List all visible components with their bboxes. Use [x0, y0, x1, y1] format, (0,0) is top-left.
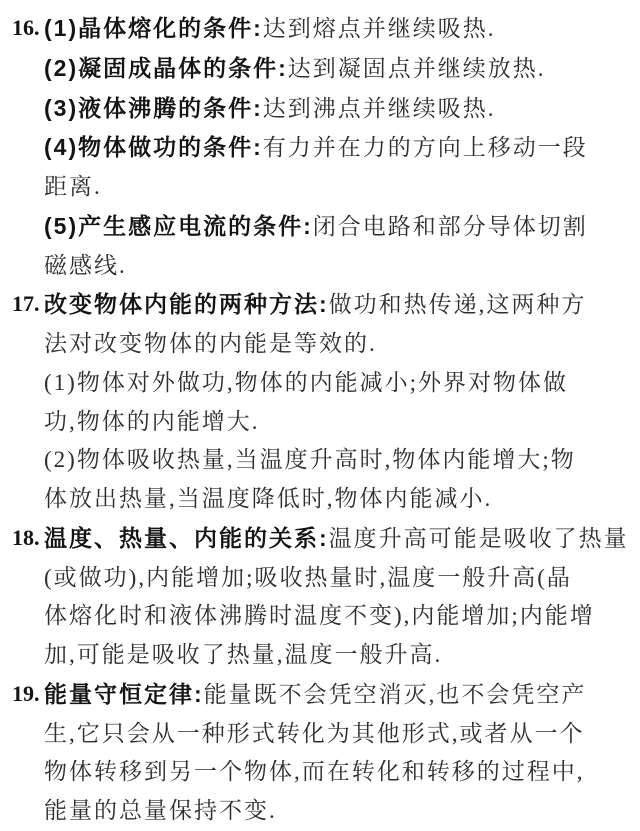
body-text: 能量的总量保持不变.	[44, 798, 277, 823]
body-text: 达到沸点并继续吸热.	[263, 96, 496, 121]
text-line: (1)晶体熔化的条件:达到熔点并继续吸热.	[44, 9, 628, 49]
item-number: 17.	[12, 285, 40, 324]
item-lines: 能量守恒定律:能量既不会凭空消灭,也不会凭空产生,它只会从一种形式转化为其他形式…	[44, 675, 628, 831]
item-lines: 温度、热量、内能的关系:温度升高可能是吸收了热量(或做功),内能增加;吸收热量时…	[44, 519, 628, 675]
text-line: (4)物体做功的条件:有力并在力的方向上移动一段	[44, 128, 628, 168]
body-text: 达到凝固点并继续放热.	[288, 56, 546, 81]
body-text: 功,物体的内能增大.	[44, 409, 260, 434]
bold-term: 温度、热量、内能的关系:	[44, 525, 329, 551]
text-line: (2)物体吸收热量,当温度升高时,物体内能增大;物	[44, 441, 628, 480]
body-text: (或做功),内能增加;吸收热量时,温度一般升高(晶	[44, 565, 572, 590]
text-line: (1)物体对外做功,物体的内能减小;外界对物体做	[44, 364, 628, 403]
item-number: 19.	[12, 675, 40, 714]
items-list: 16. (1)晶体熔化的条件:达到熔点并继续吸热.(2)凝固成晶体的条件:达到凝…	[8, 9, 628, 831]
body-text: 体放出热量,当温度降低时,物体内能减小.	[44, 486, 492, 511]
body-text: 做功和热传递,这两种方	[329, 292, 587, 317]
document-page: 16. (1)晶体熔化的条件:达到熔点并继续吸热.(2)凝固成晶体的条件:达到凝…	[0, 0, 640, 831]
bold-term: (1)晶体熔化的条件:	[44, 15, 263, 41]
bold-term: 能量守恒定律:	[44, 681, 204, 707]
bold-term: (3)液体沸腾的条件:	[44, 95, 263, 121]
body-text: 生,它只会从一种形式转化为其他形式,或者从一个	[44, 721, 585, 746]
numbered-item-18: 18. 温度、热量、内能的关系:温度升高可能是吸收了热量(或做功),内能增加;吸…	[8, 519, 628, 675]
item-number: 18.	[12, 519, 40, 558]
body-text: (2)物体吸收热量,当温度升高时,物体内能增大;物	[44, 447, 576, 472]
body-text: 达到熔点并继续吸热.	[263, 16, 496, 41]
text-line: 温度、热量、内能的关系:温度升高可能是吸收了热量	[44, 519, 628, 559]
text-line: 生,它只会从一种形式转化为其他形式,或者从一个	[44, 715, 628, 754]
text-line: 体熔化时和液体沸腾时温度不变),内能增加;内能增	[44, 597, 628, 636]
item-lines: 改变物体内能的两种方法:做功和热传递,这两种方法对改变物体的内能是等效的.(1)…	[44, 285, 628, 519]
text-line: (3)液体沸腾的条件:达到沸点并继续吸热.	[44, 89, 628, 129]
body-text: 有力并在力的方向上移动一段	[263, 135, 588, 160]
numbered-item-19: 19. 能量守恒定律:能量既不会凭空消灭,也不会凭空产生,它只会从一种形式转化为…	[8, 675, 628, 831]
text-line: 加,可能是吸收了热量,温度一般升高.	[44, 636, 628, 675]
bold-term: (2)凝固成晶体的条件:	[44, 55, 288, 81]
text-line: 距离.	[44, 168, 628, 207]
body-text: (1)物体对外做功,物体的内能减小;外界对物体做	[44, 370, 568, 395]
text-line: 能量守恒定律:能量既不会凭空消灭,也不会凭空产	[44, 675, 628, 715]
body-text: 法对改变物体的内能是等效的.	[44, 331, 377, 356]
numbered-item-17: 17. 改变物体内能的两种方法:做功和热传递,这两种方法对改变物体的内能是等效的…	[8, 285, 628, 519]
body-text: 体熔化时和液体沸腾时温度不变),内能增加;内能增	[44, 603, 595, 628]
body-text: 温度升高可能是吸收了热量	[329, 526, 629, 551]
text-line: 改变物体内能的两种方法:做功和热传递,这两种方	[44, 285, 628, 325]
text-line: 物体转移到另一个物体,而在转化和转移的过程中,	[44, 753, 628, 792]
body-text: 能量既不会凭空消灭,也不会凭空产	[204, 682, 587, 707]
item-number: 16.	[12, 9, 40, 48]
text-line: 功,物体的内能增大.	[44, 403, 628, 442]
text-line: 体放出热量,当温度降低时,物体内能减小.	[44, 480, 628, 519]
body-text: 磁感线.	[44, 253, 127, 278]
body-text: 距离.	[44, 174, 102, 199]
text-line: 法对改变物体的内能是等效的.	[44, 325, 628, 364]
text-line: (2)凝固成晶体的条件:达到凝固点并继续放热.	[44, 49, 628, 89]
text-line: 磁感线.	[44, 247, 628, 286]
body-text: 闭合电路和部分导体切割	[313, 214, 588, 239]
text-line: (或做功),内能增加;吸收热量时,温度一般升高(晶	[44, 559, 628, 598]
body-text: 物体转移到另一个物体,而在转化和转移的过程中,	[44, 759, 585, 784]
bold-term: (5)产生感应电流的条件:	[44, 213, 313, 239]
item-lines: (1)晶体熔化的条件:达到熔点并继续吸热.(2)凝固成晶体的条件:达到凝固点并继…	[44, 9, 628, 285]
bold-term: 改变物体内能的两种方法:	[44, 291, 329, 317]
body-text: 加,可能是吸收了热量,温度一般升高.	[44, 642, 442, 667]
numbered-item-16: 16. (1)晶体熔化的条件:达到熔点并继续吸热.(2)凝固成晶体的条件:达到凝…	[8, 9, 628, 285]
text-line: (5)产生感应电流的条件:闭合电路和部分导体切割	[44, 207, 628, 247]
text-line: 能量的总量保持不变.	[44, 792, 628, 831]
bold-term: (4)物体做功的条件:	[44, 134, 263, 160]
